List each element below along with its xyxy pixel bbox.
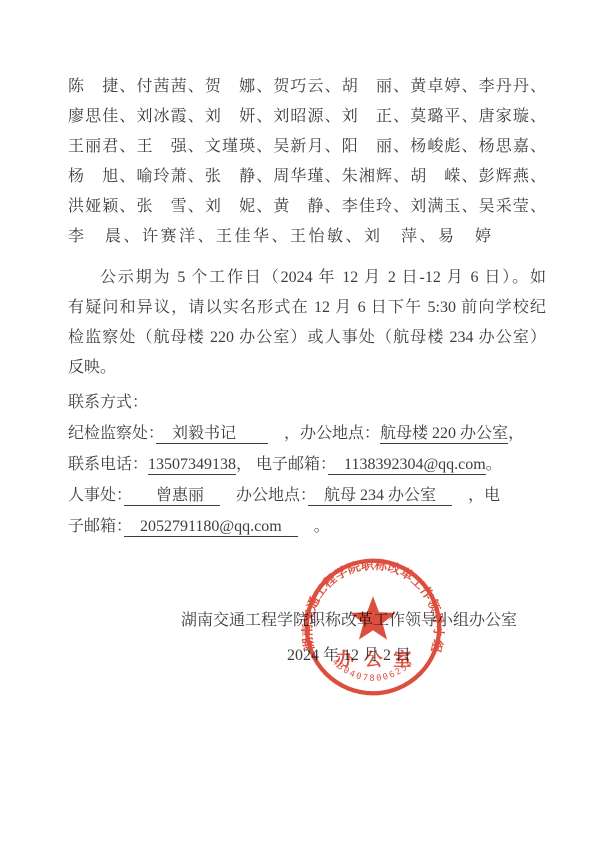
- line-continuation: ，电: [452, 487, 500, 504]
- hr-office-label: 人事处：: [68, 487, 124, 504]
- names-line: 陈 捷、付茜茜、贺 娜、贺巧云、胡 丽、黄卓婷、李丹丹、: [68, 72, 546, 102]
- names-line: 王丽君、王 强、文瑾瑛、吴新月、阳 丽、杨峻彪、杨思嘉、: [68, 132, 546, 162]
- notice-line: 公示期为 5 个工作日（2024 年 12 月 2 日-12 月 6 日）。如: [68, 263, 546, 293]
- contact-phone: 13507349138: [148, 456, 236, 475]
- discipline-office-email: 1138392304@qq.com: [328, 456, 486, 475]
- hr-office-contact-name: 曾惠丽: [124, 487, 220, 506]
- notice-line-last: 反映。: [68, 353, 546, 383]
- punctuation: 。: [486, 456, 502, 473]
- contact-line-hr-office: 人事处： 曾惠丽 办公地点： 航母 234 办公室 ，电: [68, 480, 546, 511]
- contact-section: 联系方式： 纪检监察处： 刘毅书记 ，办公地点：航母楼 220 办公室， 联系电…: [68, 387, 546, 542]
- office-location-label: 办公地点：: [220, 487, 308, 504]
- office-location-label: ，办公地点：: [268, 425, 380, 442]
- contact-line-hr-email: 子邮箱： 2052791180@qq.com 。: [68, 511, 546, 542]
- names-line-last: 李 晨、许赛洋、王佳华、王怡敏、刘 萍、易 婷: [68, 222, 546, 252]
- signature-line: 湖南交通工程学院职称改革工作领导小组办公室: [98, 606, 600, 636]
- phone-label: 联系电话：: [68, 456, 148, 473]
- discipline-office-label: 纪检监察处：: [68, 425, 156, 442]
- signature-block: 湖南交通工程学院职称改革工作领导小组办公室 2024 年 12 月 2 日: [98, 606, 600, 671]
- discipline-office-location: 航母楼 220 办公室: [380, 425, 508, 444]
- notice-line: 有疑问和异议，请以实名形式在 12 月 6 日下午 5:30 前向学校纪: [68, 293, 546, 323]
- email-label-continued: 子邮箱：: [68, 518, 124, 535]
- contact-heading: 联系方式：: [68, 387, 546, 418]
- document-page: 陈 捷、付茜茜、贺 娜、贺巧云、胡 丽、黄卓婷、李丹丹、 廖思佳、刘冰霞、刘 妍…: [0, 0, 600, 848]
- names-line: 杨 旭、喻玲萧、张 静、周华瑾、朱湘辉、胡 嵘、彭辉燕、: [68, 162, 546, 192]
- punctuation: 。: [298, 518, 330, 535]
- notice-line: 检监察处（航母楼 220 办公室）或人事处（航母楼 234 办公室）: [68, 323, 546, 353]
- document-body: 陈 捷、付茜茜、贺 娜、贺巧云、胡 丽、黄卓婷、李丹丹、 廖思佳、刘冰霞、刘 妍…: [68, 72, 546, 542]
- contact-line-phone-email: 联系电话：13507349138， 电子邮箱： 1138392304@qq.co…: [68, 449, 546, 480]
- names-section: 陈 捷、付茜茜、贺 娜、贺巧云、胡 丽、黄卓婷、李丹丹、 廖思佳、刘冰霞、刘 妍…: [68, 72, 546, 252]
- names-line: 洪娅颖、张 雪、刘 妮、黄 静、李佳玲、刘满玉、吴采莹、: [68, 192, 546, 222]
- discipline-office-contact-name: 刘毅书记: [156, 425, 268, 444]
- email-label: ， 电子邮箱：: [236, 456, 328, 473]
- hr-office-email: 2052791180@qq.com: [124, 518, 298, 537]
- notice-paragraph: 公示期为 5 个工作日（2024 年 12 月 2 日-12 月 6 日）。如 …: [68, 263, 546, 383]
- hr-office-location: 航母 234 办公室: [308, 487, 452, 506]
- date-line: 2024 年 12 月 2 日: [98, 641, 600, 671]
- punctuation: ，: [508, 425, 524, 442]
- contact-line-discipline-office: 纪检监察处： 刘毅书记 ，办公地点：航母楼 220 办公室，: [68, 418, 546, 449]
- names-line: 廖思佳、刘冰霞、刘 妍、刘昭源、刘 正、莫璐平、唐家璇、: [68, 102, 546, 132]
